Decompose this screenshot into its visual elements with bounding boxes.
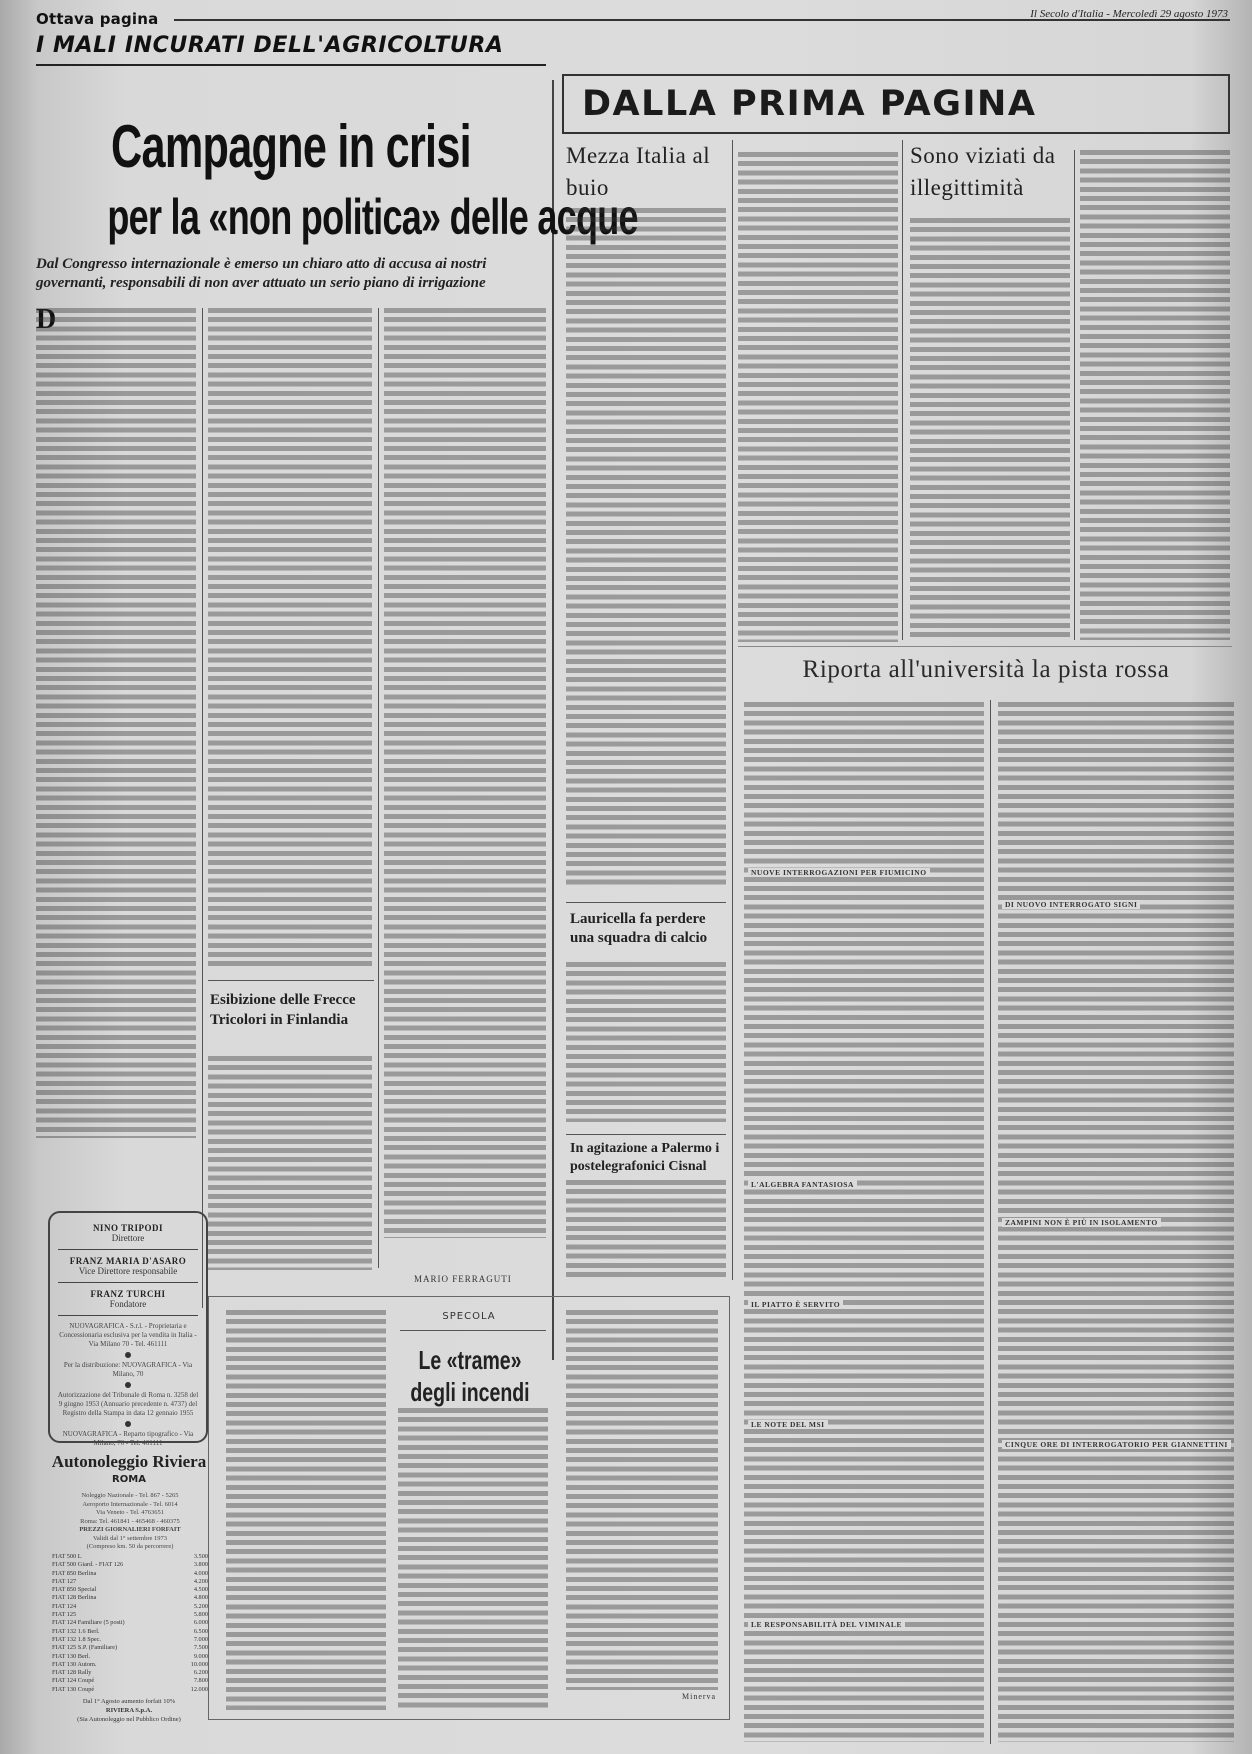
rate-model: FIAT 127 xyxy=(52,1578,76,1586)
rate-row: FIAT 125 S.P. (Familiare)7.500 xyxy=(52,1644,208,1652)
main-kicker: I MALI INCURATI DELL'AGRICOLTURA xyxy=(36,33,536,58)
text-block xyxy=(208,1056,372,1270)
column-rule xyxy=(1074,150,1075,640)
main-story-column-2 xyxy=(208,308,372,968)
story-rule xyxy=(738,646,1232,647)
rate-model: FIAT 850 Special xyxy=(52,1586,96,1594)
rate-row: FIAT 500 Giard. - FIAT 1263.800 xyxy=(52,1561,208,1569)
ad-info-line: Via Veneto - Tel. 4763651 xyxy=(52,1509,208,1518)
rate-price: 5.200 xyxy=(194,1603,208,1611)
text-block xyxy=(208,308,372,968)
riporta-subhead: NUOVE INTERROGAZIONI PER FIUMICINO xyxy=(748,868,930,877)
main-headline: Campagne in crisi xyxy=(107,112,474,181)
rate-row: FIAT 124 Coupé7.800 xyxy=(52,1677,208,1685)
rate-model: FIAT 128 Berlina xyxy=(52,1594,96,1602)
story-rule xyxy=(566,902,726,903)
mezza-italia-continued xyxy=(738,152,898,642)
text-block xyxy=(910,218,1070,638)
director-name: NINO TRIPODI xyxy=(56,1223,200,1233)
lauricella-text xyxy=(566,962,726,1122)
text-block xyxy=(226,1310,386,1710)
main-story-column-3 xyxy=(384,308,546,1238)
postelegrafonici-headline: In agitazione a Palermo i postelegrafoni… xyxy=(570,1140,726,1176)
riporta-subhead: ZAMPINI NON È PIÙ IN ISOLAMENTO xyxy=(1002,1218,1161,1227)
rate-price: 5.800 xyxy=(194,1611,208,1619)
sono-viziati-continued xyxy=(1080,150,1230,640)
specola-label: SPECOLA xyxy=(394,1311,544,1322)
ad-info-line: (Compreso km. 50 da percorrere) xyxy=(52,1543,208,1552)
rate-price: 3.800 xyxy=(194,1561,208,1569)
rate-row: FIAT 1255.800 xyxy=(52,1611,208,1619)
ad-company-note: (Sia Autonoleggio nel Pubblico Ordine) xyxy=(46,1715,212,1724)
story-rule xyxy=(566,1134,726,1135)
specola-rule xyxy=(400,1330,546,1331)
text-block xyxy=(36,308,196,1138)
text-block xyxy=(384,308,546,1238)
print-info: NUOVAGRAFICA - Reparto tipografico - Via… xyxy=(56,1430,200,1448)
column-rule xyxy=(990,700,991,1744)
ad-info-line: PREZZI GIORNALIERI FORFAIT xyxy=(52,1526,208,1535)
ad-footer: Dal 1° Agosto aumento forfait 10% RIVIER… xyxy=(46,1697,212,1724)
bullet-icon xyxy=(125,1382,131,1388)
divider xyxy=(58,1315,198,1316)
riporta-subhead: LE RESPONSABILITÀ DEL VIMINALE xyxy=(748,1620,905,1629)
column-rule xyxy=(732,140,733,1280)
postelegrafonici-text xyxy=(566,1180,726,1280)
vice-director-name: FRANZ MARIA D'ASARO xyxy=(56,1256,200,1266)
publisher-info: NUOVAGRAFICA - S.r.l. - Proprietaria e C… xyxy=(56,1322,200,1349)
rate-model: FIAT 132 1.8 Spec. xyxy=(52,1636,101,1644)
masthead-info-box: NINO TRIPODI Direttore FRANZ MARIA D'ASA… xyxy=(48,1211,208,1443)
text-block xyxy=(398,1408,548,1708)
rate-price: 12.000 xyxy=(191,1686,208,1694)
rate-price: 7.000 xyxy=(194,1636,208,1644)
riporta-subhead: L'ALGEBRA FANTASIOSA xyxy=(748,1180,857,1189)
riporta-subhead: DI NUOVO INTERROGATO SIGNI xyxy=(1002,900,1140,909)
rate-model: FIAT 500 Giard. - FIAT 126 xyxy=(52,1561,123,1569)
vice-director-role: Vice Direttore responsabile xyxy=(56,1266,200,1276)
authorization-info: Autorizzazione del Tribunale di Roma n. … xyxy=(56,1391,200,1418)
banner-title: DALLA PRIMA PAGINA xyxy=(582,84,1036,124)
rate-row: FIAT 1245.200 xyxy=(52,1603,208,1611)
ad-info-line: Validi dal 1° settembre 1973 xyxy=(52,1535,208,1544)
specola-left-text xyxy=(226,1310,386,1710)
rate-row: FIAT 500 L3.500 xyxy=(52,1553,208,1561)
divider xyxy=(58,1282,198,1283)
rate-row: FIAT 132 1.8 Spec.7.000 xyxy=(52,1636,208,1644)
rate-row: FIAT 1274.200 xyxy=(52,1578,208,1586)
column-rule xyxy=(202,308,203,1308)
rate-model: FIAT 124 Familiare (5 posti) xyxy=(52,1619,125,1627)
rate-price: 7.800 xyxy=(194,1677,208,1685)
specola-headline: Le «trame» degli incendi xyxy=(410,1344,530,1408)
founder-name: FRANZ TURCHI xyxy=(56,1289,200,1299)
rate-model: FIAT 132 1.6 Berl. xyxy=(52,1628,100,1636)
lauricella-headline: Lauricella fa perdere una squadra di cal… xyxy=(570,910,726,948)
rate-row: FIAT 128 Berlina4.800 xyxy=(52,1594,208,1602)
rate-price: 6.200 xyxy=(194,1669,208,1677)
rate-price: 6.000 xyxy=(194,1619,208,1627)
rate-model: FIAT 124 xyxy=(52,1603,76,1611)
rate-price: 4.200 xyxy=(194,1578,208,1586)
rate-row: FIAT 130 Coupé12.000 xyxy=(52,1686,208,1694)
story-rule xyxy=(208,980,374,981)
ad-info-line: Noleggio Nazionale - Tel. 867 - 5265 xyxy=(52,1492,208,1501)
rate-price: 4.800 xyxy=(194,1594,208,1602)
column-rule xyxy=(902,140,903,640)
ad-title: Autonoleggio Riviera xyxy=(46,1452,212,1472)
ad-company: RIVIERA S.p.A. xyxy=(46,1706,212,1715)
rate-model: FIAT 850 Berlina xyxy=(52,1570,96,1578)
riporta-subhead: CINQUE ORE DI INTERROGATORIO PER GIANNET… xyxy=(1002,1440,1231,1449)
rate-model: FIAT 130 Coupé xyxy=(52,1686,94,1694)
rate-model: FIAT 125 S.P. (Familiare) xyxy=(52,1644,117,1652)
column-rule xyxy=(378,308,379,1268)
director-role: Direttore xyxy=(56,1233,200,1243)
rate-price: 9.000 xyxy=(194,1653,208,1661)
specola-byline: Minerva xyxy=(682,1692,716,1701)
ad-info-line: Aeroporto Internazionale - Tel. 6014 xyxy=(52,1501,208,1510)
rate-row: FIAT 128 Rally6.200 xyxy=(52,1669,208,1677)
bullet-icon xyxy=(125,1421,131,1427)
rate-price: 4.500 xyxy=(194,1586,208,1594)
rate-price: 7.500 xyxy=(194,1644,208,1652)
frecce-headline: Esibizione delle Frecce Tricolori in Fin… xyxy=(210,990,374,1030)
section-divider xyxy=(552,80,554,1360)
rate-row: FIAT 132 1.6 Berl.6.500 xyxy=(52,1628,208,1636)
riporta-column-1 xyxy=(744,702,984,1742)
dalla-prima-pagina-banner: DALLA PRIMA PAGINA xyxy=(562,74,1230,134)
rate-row: FIAT 850 Special4.500 xyxy=(52,1586,208,1594)
rate-row: FIAT 130 Autom.10.000 xyxy=(52,1661,208,1669)
rate-model: FIAT 500 L xyxy=(52,1553,82,1561)
rate-model: FIAT 128 Rally xyxy=(52,1669,91,1677)
rate-price: 3.500 xyxy=(194,1553,208,1561)
founder-role: Fondatore xyxy=(56,1299,200,1309)
ad-footer-note: Dal 1° Agosto aumento forfait 10% xyxy=(46,1697,212,1706)
ad-info-lines: Noleggio Nazionale - Tel. 867 - 5265Aero… xyxy=(52,1492,208,1552)
text-block xyxy=(566,1310,718,1690)
riporta-subhead: IL PIATTO È SERVITO xyxy=(748,1300,843,1309)
main-headline-line2: per la «non politica» delle acque xyxy=(107,188,474,246)
rate-row: FIAT 124 Familiare (5 posti)6.000 xyxy=(52,1619,208,1627)
text-block xyxy=(566,1180,726,1280)
bullet-icon xyxy=(125,1352,131,1358)
specola-right-text xyxy=(566,1310,718,1690)
ferraguti-byline: MARIO FERRAGUTI xyxy=(414,1274,512,1284)
riporta-headline: Riporta all'università la pista rossa xyxy=(736,656,1236,684)
text-block xyxy=(1080,150,1230,640)
main-story-column-1: D xyxy=(36,308,196,1148)
riporta-subhead: LE NOTE DEL MSI xyxy=(748,1420,828,1429)
rate-price: 10.000 xyxy=(191,1661,208,1669)
text-block xyxy=(744,702,984,1742)
divider xyxy=(58,1249,198,1250)
text-block xyxy=(566,208,726,888)
sono-viziati-text xyxy=(910,218,1070,638)
text-block xyxy=(566,962,726,1122)
rate-model: FIAT 130 Berl. xyxy=(52,1653,90,1661)
section-label: Ottava pagina xyxy=(36,10,158,28)
sono-viziati-headline: Sono viziati da illegittimità xyxy=(910,140,1070,204)
distribution-info: Per la distribuzione: NUOVAGRAFICA - Via… xyxy=(56,1361,200,1379)
newspaper-dateline: Il Secolo d'Italia - Mercoledì 29 agosto… xyxy=(1030,8,1228,20)
rate-model: FIAT 125 xyxy=(52,1611,76,1619)
rate-model: FIAT 124 Coupé xyxy=(52,1677,94,1685)
rate-price: 4.000 xyxy=(194,1570,208,1578)
kicker-rule xyxy=(36,64,546,66)
main-summary: Dal Congresso internazionale è emerso un… xyxy=(36,255,546,293)
frecce-text xyxy=(208,1056,372,1270)
ad-rate-table: FIAT 500 L3.500FIAT 500 Giard. - FIAT 12… xyxy=(52,1553,208,1694)
rate-model: FIAT 130 Autom. xyxy=(52,1661,97,1669)
rate-price: 6.500 xyxy=(194,1628,208,1636)
newspaper-page: Ottava pagina Il Secolo d'Italia - Merco… xyxy=(14,0,1240,1754)
rate-row: FIAT 850 Berlina4.000 xyxy=(52,1570,208,1578)
specola-mid-text xyxy=(398,1408,548,1708)
ad-city: ROMA xyxy=(46,1474,212,1485)
rate-row: FIAT 130 Berl.9.000 xyxy=(52,1653,208,1661)
mezza-italia-headline: Mezza Italia al buio xyxy=(566,140,726,204)
text-block xyxy=(738,152,898,642)
ad-info-line: Roma: Tel. 461841 - 465468 - 460375 xyxy=(52,1518,208,1527)
mezza-italia-text xyxy=(566,208,726,888)
